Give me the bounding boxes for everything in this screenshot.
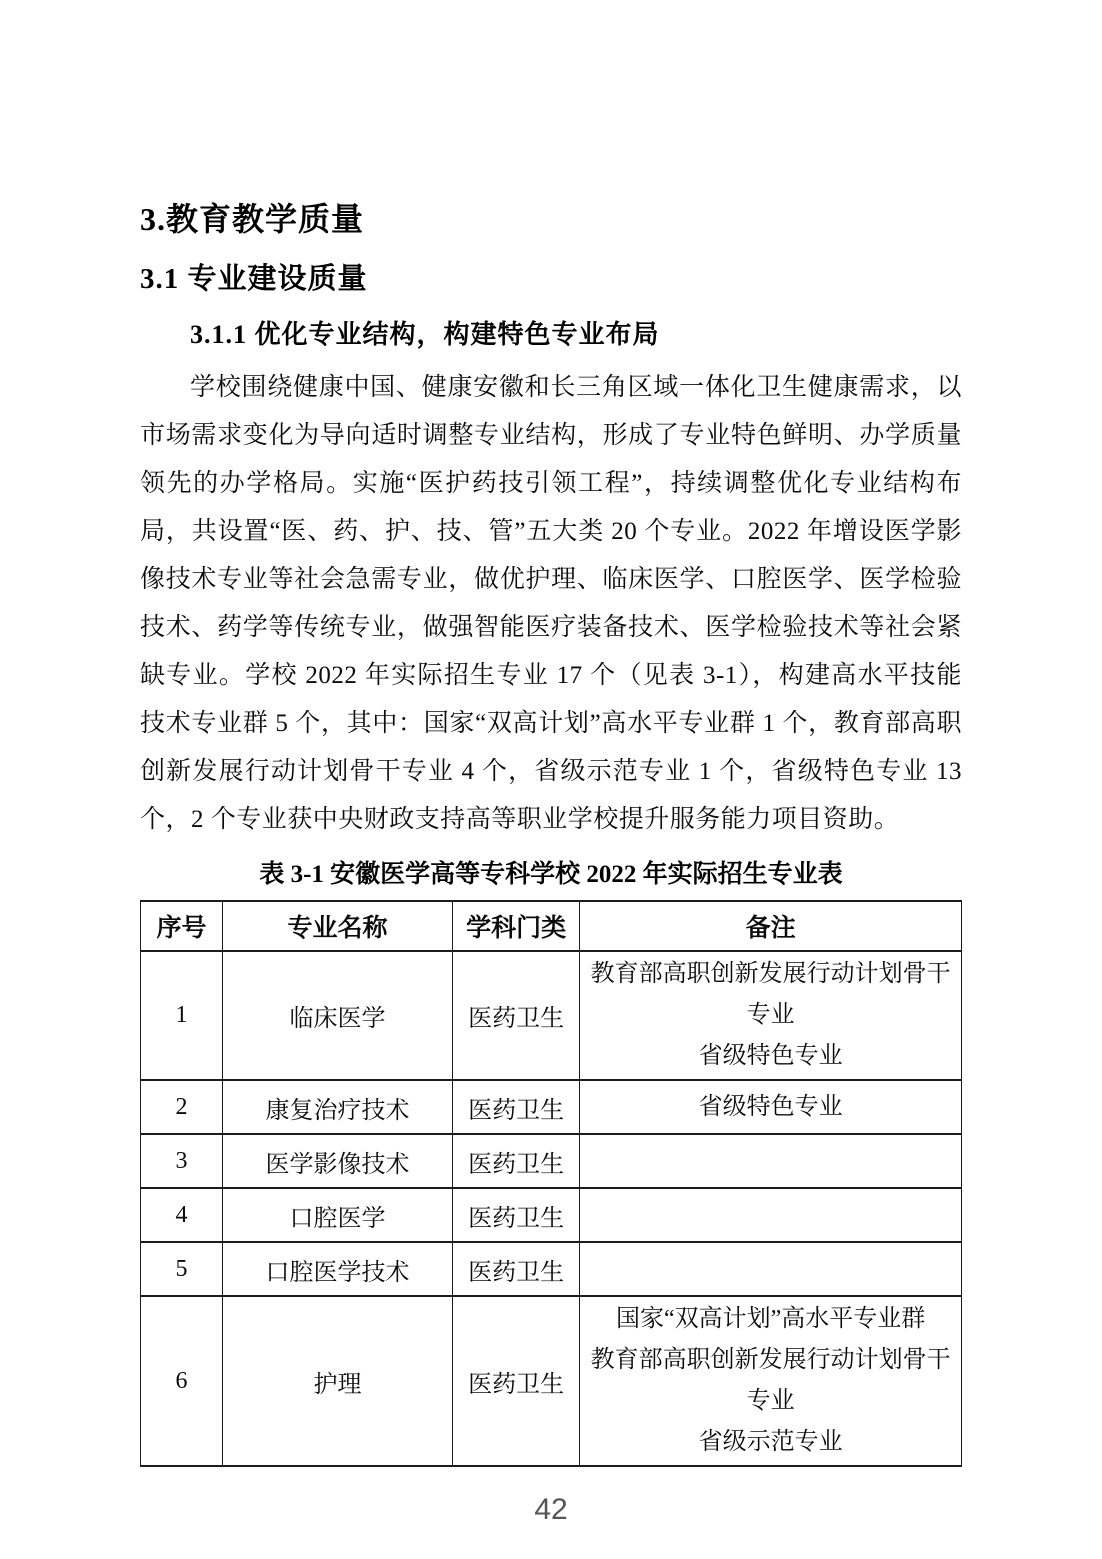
table-row: 6 护理 医药卫生 国家“双高计划”高水平专业群 教育部高职创新发展行动计划骨干…	[141, 1296, 962, 1466]
body-paragraph: 学校围绕健康中国、健康安徽和长三角区域一体化卫生健康需求，以市场需求变化为导向适…	[140, 364, 962, 844]
cell-remark: 教育部高职创新发展行动计划骨干专业 省级特色专业	[580, 951, 962, 1080]
cell-major: 口腔医学技术	[223, 1242, 453, 1296]
subsection-heading: 3.1 专业建设质量	[140, 262, 962, 297]
cell-category: 医药卫生	[452, 1242, 579, 1296]
cell-no: 6	[141, 1296, 223, 1466]
cell-no: 5	[141, 1242, 223, 1296]
cell-major: 口腔医学	[223, 1188, 453, 1242]
cell-category: 医药卫生	[452, 1080, 579, 1134]
table-row: 1 临床医学 医药卫生 教育部高职创新发展行动计划骨干专业 省级特色专业	[141, 951, 962, 1080]
cell-category: 医药卫生	[452, 1296, 579, 1466]
cell-remark	[580, 1188, 962, 1242]
cell-major: 护理	[223, 1296, 453, 1466]
cell-category: 医药卫生	[452, 1188, 579, 1242]
table-row: 3 医学影像技术 医药卫生	[141, 1134, 962, 1188]
col-header-major: 专业名称	[223, 901, 453, 951]
majors-table: 序号 专业名称 学科门类 备注 1 临床医学 医药卫生 教育部高职创新发展行动计…	[140, 900, 962, 1467]
col-header-no: 序号	[141, 901, 223, 951]
cell-major: 医学影像技术	[223, 1134, 453, 1188]
cell-category: 医药卫生	[452, 951, 579, 1080]
cell-remark	[580, 1134, 962, 1188]
table-caption: 表 3-1 安徽医学高等专科学校 2022 年实际招生专业表	[140, 854, 962, 890]
cell-remark: 国家“双高计划”高水平专业群 教育部高职创新发展行动计划骨干专业 省级示范专业	[580, 1296, 962, 1466]
document-page: 3.教育教学质量 3.1 专业建设质量 3.1.1 优化专业结构，构建特色专业布…	[0, 0, 1102, 1559]
page-number: 42	[0, 1493, 1102, 1527]
table-row: 2 康复治疗技术 医药卫生 省级特色专业	[141, 1080, 962, 1134]
col-header-remark: 备注	[580, 901, 962, 951]
cell-no: 4	[141, 1188, 223, 1242]
col-header-category: 学科门类	[452, 901, 579, 951]
cell-major: 临床医学	[223, 951, 453, 1080]
table-row: 5 口腔医学技术 医药卫生	[141, 1242, 962, 1296]
subsubsection-heading: 3.1.1 优化专业结构，构建特色专业布局	[190, 319, 962, 350]
cell-no: 3	[141, 1134, 223, 1188]
cell-major: 康复治疗技术	[223, 1080, 453, 1134]
page-content: 3.教育教学质量 3.1 专业建设质量 3.1.1 优化专业结构，构建特色专业布…	[140, 200, 962, 1467]
cell-remark	[580, 1242, 962, 1296]
cell-remark: 省级特色专业	[580, 1080, 962, 1134]
section-heading: 3.教育教学质量	[140, 200, 962, 238]
table-row: 4 口腔医学 医药卫生	[141, 1188, 962, 1242]
cell-no: 1	[141, 951, 223, 1080]
cell-category: 医药卫生	[452, 1134, 579, 1188]
table-header-row: 序号 专业名称 学科门类 备注	[141, 901, 962, 951]
cell-no: 2	[141, 1080, 223, 1134]
